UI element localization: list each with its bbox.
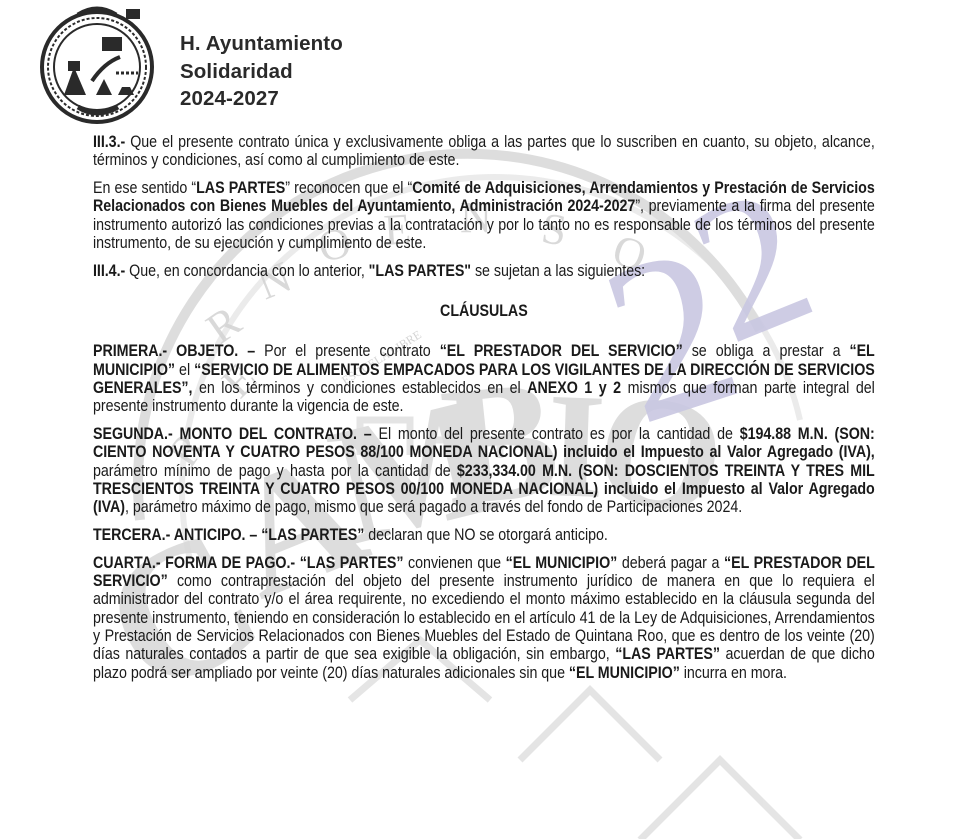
bold-run: "LAS PARTES" (369, 261, 471, 280)
text-run: declaran que NO se otorgará anticipo. (364, 525, 608, 544)
text-run: El monto del presente contrato es por la… (372, 424, 740, 443)
bold-run: LAS PARTES (196, 178, 285, 197)
text-run: convienen que (403, 553, 505, 572)
bold-run: ANEXO 1 y 2 (527, 378, 621, 397)
clause-tercera: TERCERA.- ANTICIPO. – “LAS PARTES” decla… (93, 526, 875, 544)
text-run: ” reconocen que el “ (285, 178, 412, 197)
bold-run: TERCERA.- ANTICIPO. – “LAS PARTES” (93, 525, 364, 544)
org-line-1: H. Ayuntamiento (180, 30, 343, 58)
bold-run: “EL MUNICIPIO” (506, 553, 618, 572)
text-run: Por el presente contrato (255, 341, 440, 360)
text-run: Que, en concordancia con lo anterior, (125, 261, 368, 280)
org-line-2: Solidaridad (180, 58, 343, 86)
municipal-seal-icon (38, 3, 156, 125)
clause-segunda: SEGUNDA.- MONTO DEL CONTRATO. – El monto… (93, 425, 875, 516)
text-run: , parámetro máximo de pago, mismo que se… (125, 497, 742, 516)
paragraph-text: Que el presente contrato única y exclusi… (93, 132, 875, 169)
clause-label: III.3.- (93, 132, 125, 151)
document-header: H. Ayuntamiento Solidaridad 2024-2027 (0, 0, 957, 128)
section-title-text: CLÁUSULAS (440, 301, 528, 320)
document-body: III.3.- Que el presente contrato única y… (93, 133, 875, 691)
bold-run: “EL MUNICIPIO” (569, 663, 680, 682)
section-title: CLÁUSULAS (93, 302, 875, 320)
paragraph-comite: En ese sentido “LAS PARTES” reconocen qu… (93, 179, 875, 252)
bold-run: PRIMERA.- OBJETO. – (93, 341, 255, 360)
clause-label: III.4.- (93, 261, 125, 280)
org-line-3: 2024-2027 (180, 85, 343, 113)
paragraph-iii-4: III.4.- Que, en concordancia con lo ante… (93, 262, 875, 280)
text-run: en los términos y condiciones establecid… (192, 378, 527, 397)
clause-cuarta: CUARTA.- FORMA DE PAGO.- “LAS PARTES” co… (93, 554, 875, 682)
text-run: deberá pagar a (617, 553, 724, 572)
organization-name: H. Ayuntamiento Solidaridad 2024-2027 (180, 30, 343, 113)
text-run: parámetro mínimo de pago y hasta por la … (93, 461, 457, 480)
text-run: incurra en mora. (680, 663, 787, 682)
paragraph-iii-3: III.3.- Que el presente contrato única y… (93, 133, 875, 170)
clause-primera: PRIMERA.- OBJETO. – Por el presente cont… (93, 342, 875, 415)
bold-run: “EL PRESTADOR DEL SERVICIO” (440, 341, 683, 360)
bold-run: “LAS PARTES” (615, 644, 720, 663)
bold-run: CUARTA.- FORMA DE PAGO.- “LAS PARTES” (93, 553, 403, 572)
text-run: En ese sentido “ (93, 178, 196, 197)
text-run: el (175, 360, 194, 379)
text-run: se sujetan a las siguientes: (471, 261, 645, 280)
text-run: se obliga a prestar a (683, 341, 850, 360)
bold-run: SEGUNDA.- MONTO DEL CONTRATO. – (93, 424, 372, 443)
